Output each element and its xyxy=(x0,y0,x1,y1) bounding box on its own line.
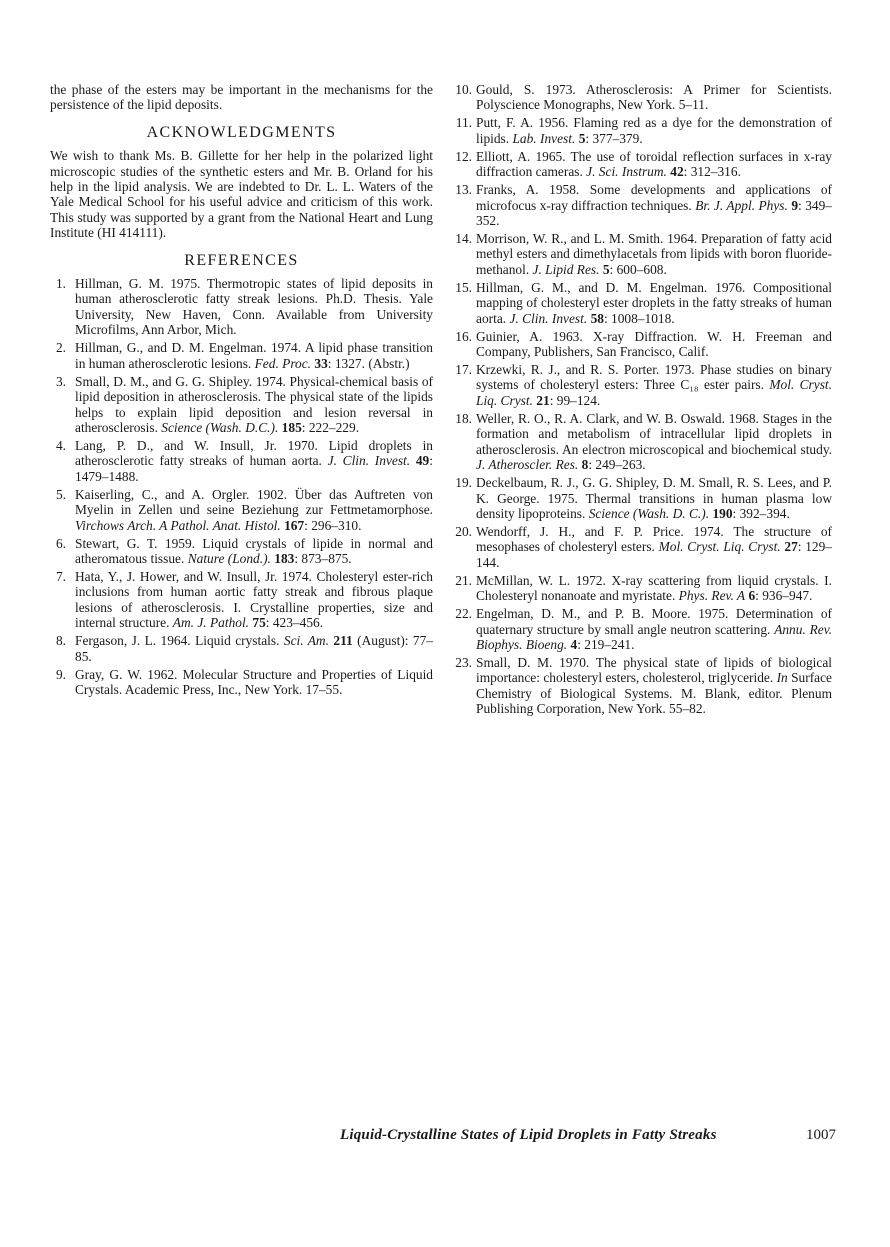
reference-volume: 167 xyxy=(284,518,304,533)
reference-number: 10. xyxy=(452,82,472,97)
reference-item: 8.Fergason, J. L. 1964. Liquid crystals.… xyxy=(50,633,433,664)
reference-number: 5. xyxy=(50,487,66,502)
reference-pages: : 219–241. xyxy=(577,637,634,652)
reference-number: 22. xyxy=(452,606,472,621)
reference-text: Gould, S. 1973. Atherosclerosis: A Prime… xyxy=(476,82,832,112)
reference-number: 2. xyxy=(50,340,66,355)
reference-item: 15.Hillman, G. M., and D. M. Engelman. 1… xyxy=(452,280,832,326)
reference-pages: : 377–379. xyxy=(585,131,642,146)
running-title: Liquid-Crystalline States of Lipid Dropl… xyxy=(340,1127,717,1144)
reference-volume: 27 xyxy=(784,539,797,554)
reference-item: 5.Kaiserling, C., and A. Orgler. 1902. Ü… xyxy=(50,487,433,533)
reference-item: 2.Hillman, G., and D. M. Engelman. 1974.… xyxy=(50,340,433,371)
reference-item: 4.Lang, P. D., and W. Insull, Jr. 1970. … xyxy=(50,438,433,484)
reference-journal: J. Atheroscler. Res. xyxy=(476,457,578,472)
reference-pages: : 936–947. xyxy=(755,588,812,603)
reference-journal: J. Lipid Res. xyxy=(533,262,600,277)
reference-volume: 21 xyxy=(536,393,549,408)
reference-journal: J. Sci. Instrum. xyxy=(586,164,667,179)
reference-text: Hillman, G. M. 1975. Thermotropic states… xyxy=(75,276,433,337)
references-heading: REFERENCES xyxy=(50,253,433,268)
reference-number: 20. xyxy=(452,524,472,539)
reference-item: 16.Guinier, A. 1963. X-ray Diffraction. … xyxy=(452,329,832,360)
reference-journal: Science (Wash. D. C.). xyxy=(589,506,709,521)
reference-number: 15. xyxy=(452,280,472,295)
reference-journal: Nature (Lond.). xyxy=(188,551,271,566)
reference-text: Kaiserling, C., and A. Orgler. 1902. Übe… xyxy=(75,487,433,517)
reference-volume: 49 xyxy=(416,453,429,468)
reference-pages: : 312–316. xyxy=(684,164,741,179)
reference-pages: : 873–875. xyxy=(294,551,351,566)
reference-item: 18.Weller, R. O., R. A. Clark, and W. B.… xyxy=(452,411,832,473)
reference-number: 21. xyxy=(452,573,472,588)
reference-volume: 33 xyxy=(314,356,327,371)
reference-number: 4. xyxy=(50,438,66,453)
reference-journal: Sci. Am. xyxy=(284,633,329,648)
reference-journal: Am. J. Pathol. xyxy=(173,615,249,630)
reference-list-left: 1.Hillman, G. M. 1975. Thermotropic stat… xyxy=(50,276,433,697)
intro-paragraph: the phase of the esters may be important… xyxy=(50,82,433,113)
reference-text: Weller, R. O., R. A. Clark, and W. B. Os… xyxy=(476,411,832,457)
reference-list-right: 10.Gould, S. 1973. Atherosclerosis: A Pr… xyxy=(452,82,832,717)
reference-number: 16. xyxy=(452,329,472,344)
reference-number: 18. xyxy=(452,411,472,426)
reference-text: Small, D. M. 1970. The physical state of… xyxy=(476,655,832,716)
reference-volume: 185 xyxy=(282,420,302,435)
reference-journal: J. Clin. Invest. xyxy=(509,311,587,326)
reference-journal: Science (Wash. D.C.). xyxy=(161,420,278,435)
reference-pages: : 392–394. xyxy=(733,506,790,521)
acknowledgments-text: We wish to thank Ms. B. Gillette for her… xyxy=(50,148,433,240)
reference-item: 3.Small, D. M., and G. G. Shipley. 1974.… xyxy=(50,374,433,436)
reference-number: 17. xyxy=(452,362,472,377)
reference-volume: 183 xyxy=(274,551,294,566)
reference-journal: Virchows Arch. A Pathol. Anat. Histol. xyxy=(75,518,281,533)
reference-volume: 42 xyxy=(670,164,683,179)
left-column: the phase of the esters may be important… xyxy=(50,82,433,700)
reference-item: 22.Engelman, D. M., and P. B. Moore. 197… xyxy=(452,606,832,652)
reference-number: 11. xyxy=(452,115,472,130)
reference-number: 19. xyxy=(452,475,472,490)
reference-number: 23. xyxy=(452,655,472,670)
reference-pages: : 600–608. xyxy=(610,262,667,277)
reference-item: 9.Gray, G. W. 1962. Molecular Structure … xyxy=(50,667,433,698)
reference-pages: : 296–310. xyxy=(304,518,361,533)
reference-journal: Lab. Invest. xyxy=(512,131,575,146)
reference-journal: J. Clin. Invest. xyxy=(328,453,411,468)
acknowledgments-heading: ACKNOWLEDGMENTS xyxy=(50,125,433,140)
reference-item: 12.Elliott, A. 1965. The use of toroidal… xyxy=(452,149,832,180)
reference-text: Gray, G. W. 1962. Molecular Structure an… xyxy=(75,667,433,697)
reference-number: 8. xyxy=(50,633,66,648)
reference-text: Fergason, J. L. 1964. Liquid crystals. xyxy=(75,633,284,648)
reference-journal: Fed. Proc. xyxy=(255,356,311,371)
reference-item: 19.Deckelbaum, R. J., G. G. Shipley, D. … xyxy=(452,475,832,521)
reference-item: 17.Krzewki, R. J., and R. S. Porter. 197… xyxy=(452,362,832,408)
reference-item: 10.Gould, S. 1973. Atherosclerosis: A Pr… xyxy=(452,82,832,113)
reference-item: 7.Hata, Y., J. Hower, and W. Insull, Jr.… xyxy=(50,569,433,631)
reference-number: 9. xyxy=(50,667,66,682)
reference-item: 6.Stewart, G. T. 1959. Liquid crystals o… xyxy=(50,536,433,567)
reference-item: 11.Putt, F. A. 1956. Flaming red as a dy… xyxy=(452,115,832,146)
reference-journal: Phys. Rev. A xyxy=(679,588,745,603)
reference-item: 23.Small, D. M. 1970. The physical state… xyxy=(452,655,832,717)
right-column: 10.Gould, S. 1973. Atherosclerosis: A Pr… xyxy=(452,82,832,719)
reference-number: 14. xyxy=(452,231,472,246)
reference-item: 21.McMillan, W. L. 1972. X-ray scatterin… xyxy=(452,573,832,604)
reference-number: 3. xyxy=(50,374,66,389)
reference-item: 20.Wendorff, J. H., and F. P. Price. 197… xyxy=(452,524,832,570)
reference-number: 6. xyxy=(50,536,66,551)
reference-volume: 190 xyxy=(712,506,732,521)
reference-pages: : 249–263. xyxy=(588,457,645,472)
reference-pages: : 1327. (Abstr.) xyxy=(328,356,410,371)
reference-number: 13. xyxy=(452,182,472,197)
reference-pages: : 222–229. xyxy=(302,420,359,435)
reference-number: 7. xyxy=(50,569,66,584)
reference-journal: Mol. Cryst. Liq. Cryst. xyxy=(659,539,781,554)
reference-text: Guinier, A. 1963. X-ray Diffraction. W. … xyxy=(476,329,832,359)
reference-number: 12. xyxy=(452,149,472,164)
reference-pages: : 99–124. xyxy=(550,393,601,408)
page-number: 1007 xyxy=(806,1127,836,1144)
reference-volume: 58 xyxy=(591,311,604,326)
reference-number: 1. xyxy=(50,276,66,291)
reference-journal: Br. J. Appl. Phys. xyxy=(695,198,788,213)
reference-pages: : 423–456. xyxy=(266,615,323,630)
reference-item: 13.Franks, A. 1958. Some developments an… xyxy=(452,182,832,228)
reference-volume: 211 xyxy=(333,633,352,648)
reference-item: 14.Morrison, W. R., and L. M. Smith. 196… xyxy=(452,231,832,277)
reference-volume: 75 xyxy=(252,615,265,630)
reference-volume: 5 xyxy=(603,262,610,277)
reference-pages: : 1008–1018. xyxy=(604,311,675,326)
reference-item: 1.Hillman, G. M. 1975. Thermotropic stat… xyxy=(50,276,433,338)
